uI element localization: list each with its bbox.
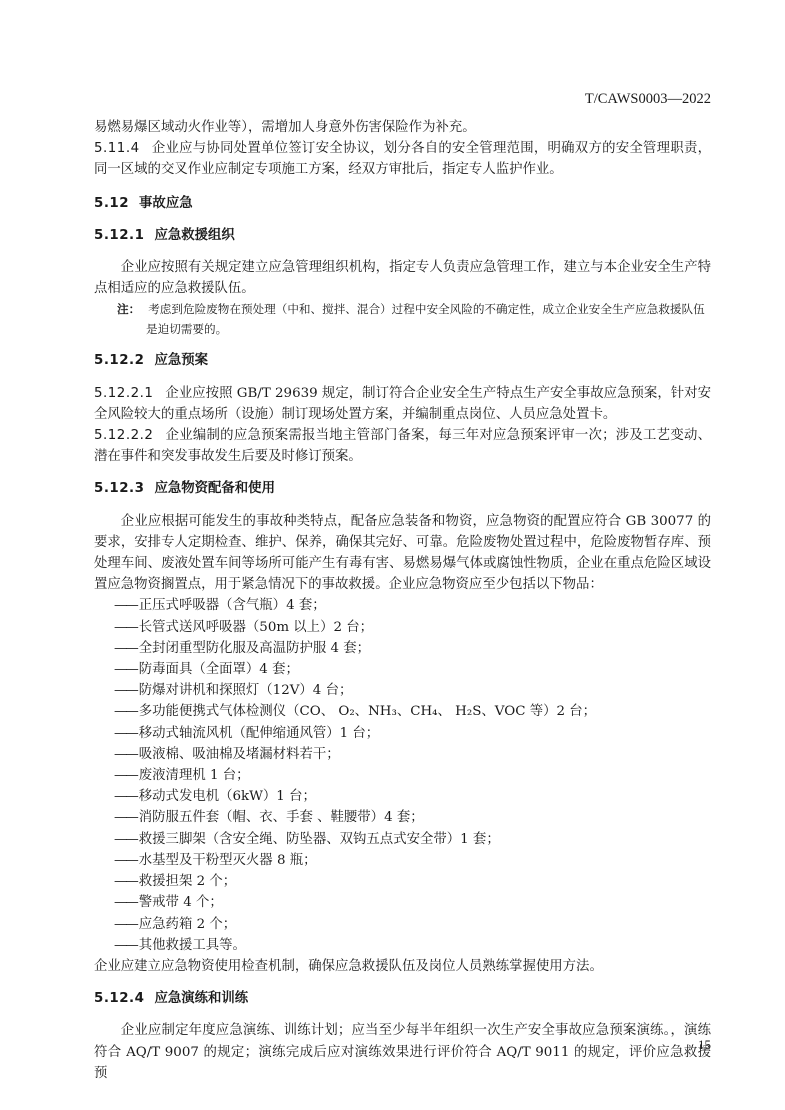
list-item: ——移动式轴流风机（配伸缩通风管）1 台； [114,723,711,744]
section-title: 应急救援组织 [154,228,234,243]
section-number: 5.12.3 [94,478,144,499]
list-item: ——废液清理机 1 台； [114,765,711,786]
clause-text: 企业应与协同处置单位签订安全协议，划分各自的安全管理范围，明确双方的安全管理职责… [94,141,711,177]
list-item: ——全封闭重型防化服及高温防护服 4 套； [114,638,711,659]
list-item: ——应急药箱 2 个； [114,914,711,935]
section-number: 5.12.1 [94,225,144,246]
clause-number: 5.11.4 [94,141,140,156]
clause-5-11-4: 5.11.4企业应与协同处置单位签订安全协议，划分各自的安全管理范围，明确双方的… [94,138,711,180]
section-heading-5-12: 5.12事故应急 [94,193,711,214]
list-item: ——消防服五件套（帽、衣、手套 、鞋腰带）4 套； [114,807,711,828]
page-number: 15 [698,1037,711,1053]
list-item: ——防爆对讲机和探照灯（12V）4 台； [114,680,711,701]
closing-paragraph-5-12-3: 企业应建立应急物资使用检查机制，确保应急救援队伍及岗位人员熟练掌握使用方法。 [94,956,711,977]
section-heading-5-12-2: 5.12.2应急预案 [94,350,711,371]
section-number: 5.12.2 [94,350,144,371]
paragraph-5-12-3: 企业应根据可能发生的事故种类特点，配备应急装备和物资，应急物资的配置应符合 GB… [94,511,711,596]
note-text: 考虑到危险废物在预处理（中和、搅拌、混合）过程中安全风险的不确定性，成立企业安全… [146,302,705,336]
list-item: ——救援担架 2 个； [114,871,711,892]
clause-5-12-2-2: 5.12.2.2企业编制的应急预案需报当地主管部门备案，每三年对应急预案评审一次… [94,425,711,467]
section-heading-5-12-4: 5.12.4应急演练和训练 [94,988,711,1009]
clause-number: 5.12.2.2 [94,428,153,443]
note: 注：考虑到危险废物在预处理（中和、搅拌、混合）过程中安全风险的不确定性，成立企业… [117,299,711,339]
section-title: 应急演练和训练 [154,991,248,1006]
section-number: 5.12 [94,193,129,214]
section-title: 应急物资配备和使用 [154,481,275,496]
clause-text: 企业编制的应急预案需报当地主管部门备案，每三年对应急预案评审一次；涉及工艺变动、… [94,428,711,464]
list-item: ——长管式送风呼吸器（50m 以上）2 台； [114,617,711,638]
list-item: ——水基型及干粉型灭火器 8 瓶； [114,850,711,871]
list-item: ——警戒带 4 个； [114,892,711,913]
section-number: 5.12.4 [94,988,144,1009]
note-label: 注： [117,302,140,316]
continuation-paragraph: 易燃易爆区域动火作业等），需增加人身意外伤害保险作为补充。 [94,117,711,138]
page-content: 易燃易爆区域动火作业等），需增加人身意外伤害保险作为补充。 5.11.4企业应与… [94,117,711,1084]
document-page: T/CAWS0003—2022 易燃易爆区域动火作业等），需增加人身意外伤害保险… [0,0,785,1110]
list-item: ——其他救援工具等。 [114,935,711,956]
clause-text: 企业应按照 GB/T 29639 规定，制订符合企业安全生产特点生产安全事故应急… [94,386,711,422]
section-heading-5-12-3: 5.12.3应急物资配备和使用 [94,478,711,499]
emergency-supplies-list: ——正压式呼吸器（含气瓶）4 套； ——长管式送风呼吸器（50m 以上）2 台；… [94,595,711,955]
standard-code: T/CAWS0003—2022 [585,91,711,108]
list-item: ——防毒面具（全面罩）4 套； [114,659,711,680]
section-title: 应急预案 [154,353,208,368]
paragraph-5-12-4: 企业应制定年度应急演练、训练计划；应当至少每半年组织一次生产安全事故应急预案演练… [94,1020,711,1084]
list-item: ——多功能便携式气体检测仪（CO、 O₂、NH₃、CH₄、 H₂S、VOC 等）… [114,701,711,722]
list-item: ——移动式发电机（6kW）1 台； [114,786,711,807]
paragraph-5-12-1: 企业应按照有关规定建立应急管理组织机构，指定专人负责应急管理工作，建立与本企业安… [94,257,711,299]
clause-5-12-2-1: 5.12.2.1企业应按照 GB/T 29639 规定，制订符合企业安全生产特点… [94,383,711,425]
section-title: 事故应急 [139,196,193,211]
list-item: ——吸液棉、吸油棉及堵漏材料若干； [114,744,711,765]
list-item: ——救援三脚架（含安全绳、防坠器、双钩五点式安全带）1 套； [114,829,711,850]
section-heading-5-12-1: 5.12.1应急救援组织 [94,225,711,246]
clause-number: 5.12.2.1 [94,386,153,401]
list-item: ——正压式呼吸器（含气瓶）4 套； [114,595,711,616]
